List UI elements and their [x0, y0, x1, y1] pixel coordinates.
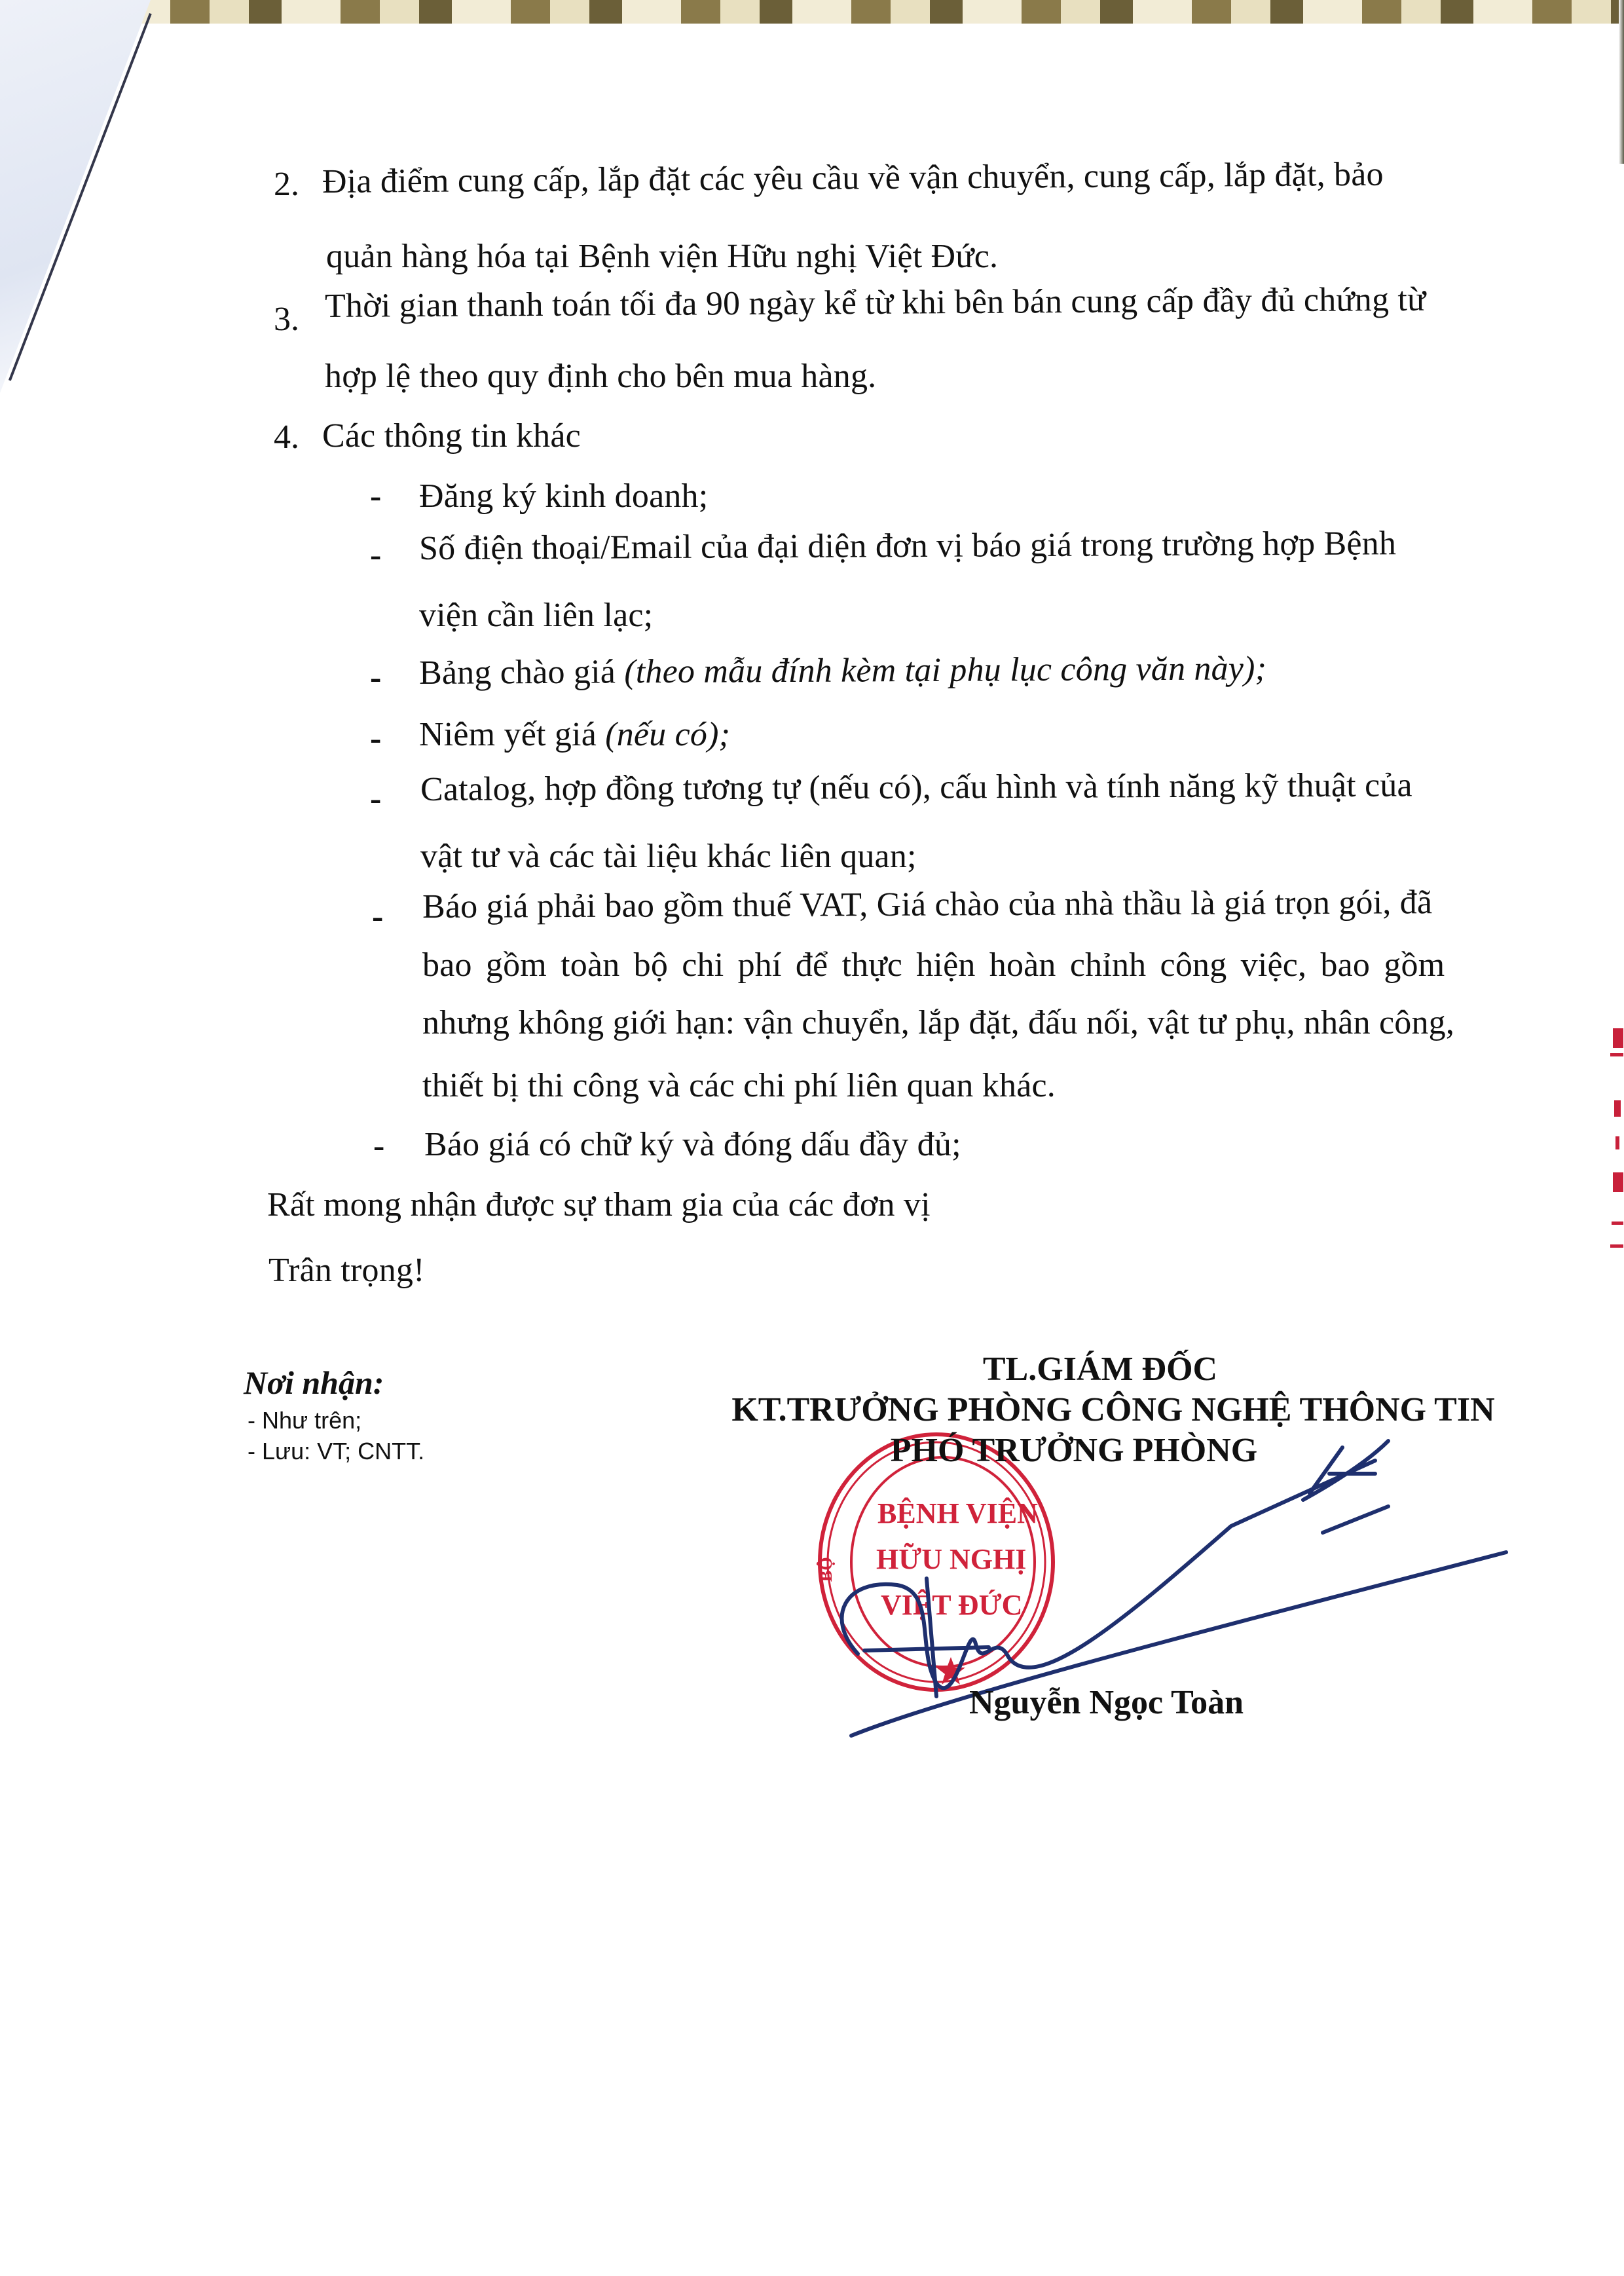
- bullet-text: vật tư và các tài liệu khác liên quan;: [420, 837, 917, 876]
- recipient-item: - Như trên;: [248, 1407, 361, 1434]
- edge-stamp-fragment: [1608, 996, 1624, 1297]
- bullet-marker: -: [370, 779, 381, 819]
- bullet-text: Niêm yết giá (nếu có);: [419, 715, 730, 755]
- bullet-text-italic: (theo mẫu đính kèm tại phụ lục công văn …: [624, 650, 1266, 690]
- bullet-marker: -: [372, 897, 383, 937]
- recipients-title: Nơi nhận:: [244, 1364, 384, 1402]
- bullet-marker: -: [370, 477, 381, 516]
- item-text: quản hàng hóa tại Bệnh viện Hữu nghị Việ…: [326, 237, 998, 276]
- bullet-text: Bảng chào giá (theo mẫu đính kèm tại phụ…: [419, 649, 1266, 693]
- regards-text: Trân trọng!: [268, 1251, 425, 1290]
- bullet-text: Số điện thoại/Email của đại diện đơn vị …: [419, 524, 1396, 569]
- bullet-text: Đăng ký kinh doanh;: [419, 477, 708, 516]
- bullet-marker: -: [373, 1127, 384, 1166]
- item-text: Địa điểm cung cấp, lắp đặt các yêu cầu v…: [322, 155, 1384, 202]
- item-text: Các thông tin khác: [322, 417, 581, 456]
- photo-background: [0, 0, 1624, 24]
- bullet-text: nhưng không giới hạn: vận chuyển, lắp đặ…: [422, 1003, 1454, 1043]
- bullet-text: Báo giá phải bao gồm thuế VAT, Giá chào …: [422, 883, 1432, 927]
- item-text: hợp lệ theo quy định cho bên mua hàng.: [325, 357, 876, 396]
- signer-name: Nguyễn Ngọc Toàn: [969, 1683, 1244, 1722]
- bullet-text: viện cần liên lạc;: [419, 596, 653, 635]
- bullet-marker: -: [370, 658, 381, 698]
- bullet-text: Catalog, hợp đồng tương tự (nếu có), cấu…: [420, 766, 1412, 810]
- recipient-item: - Lưu: VT; CNTT.: [248, 1438, 424, 1465]
- item-number: 2.: [274, 165, 299, 204]
- item-number: 4.: [274, 418, 299, 457]
- bullet-text-italic: (nếu có);: [605, 716, 730, 753]
- item-number: 3.: [274, 300, 299, 339]
- bullet-marker: -: [370, 719, 381, 758]
- bullet-text-main: Niêm yết giá: [419, 716, 605, 753]
- bullet-text: bao gồm toàn bộ chi phí để thực hiện hoà…: [422, 946, 1445, 985]
- bullet-text-main: Bảng chào giá: [419, 653, 625, 692]
- photo-edge-shadow: [1619, 0, 1624, 164]
- bullet-marker: -: [370, 536, 381, 575]
- bullet-text: Báo giá có chữ ký và đóng dấu đầy đủ;: [424, 1125, 961, 1165]
- item-text: Thời gian thanh toán tối đa 90 ngày kể t…: [325, 280, 1426, 326]
- bullet-text: thiết bị thi công và các chi phí liên qu…: [422, 1066, 1056, 1106]
- closing-text: Rất mong nhận được sự tham gia của các đ…: [267, 1185, 931, 1225]
- signature-title-1: TL.GIÁM ĐỐC: [668, 1349, 1532, 1390]
